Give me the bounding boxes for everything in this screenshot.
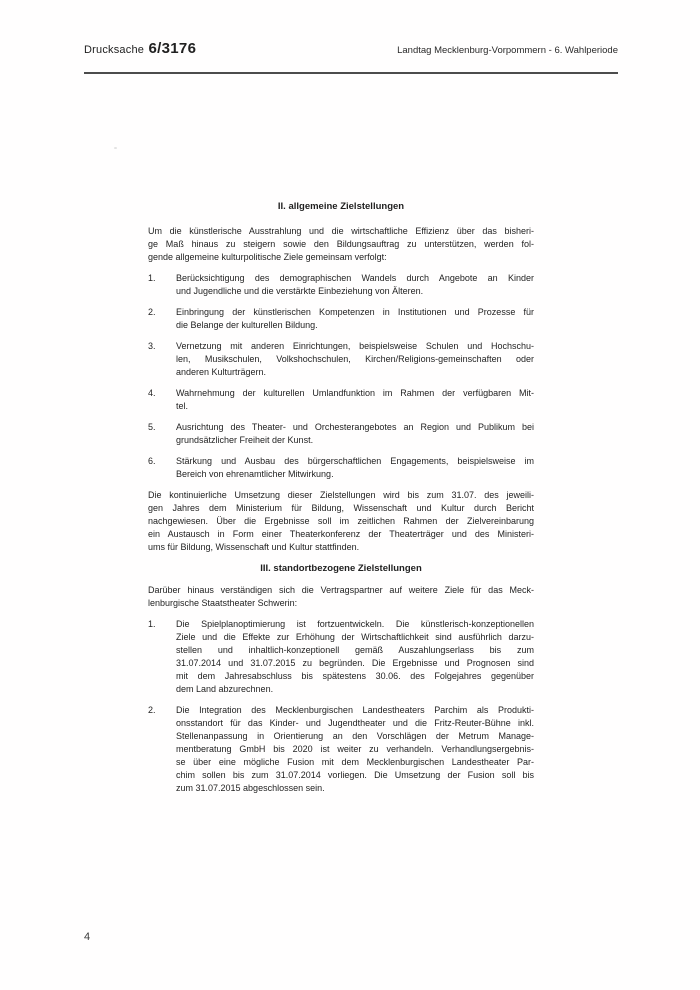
list-item: 6. Stärkung und Ausbau des bürgerschaftl… — [148, 455, 534, 481]
text-line: gen Jahres dem Ministerium für Bildung, … — [148, 502, 534, 515]
text-line: lenburgische Staatstheater Schwerin: — [148, 597, 534, 610]
text-line: Stellenanpassung in Orientierung an den … — [176, 730, 534, 743]
text-line: se über eine mögliche Fusion mit dem Mec… — [176, 756, 534, 769]
doc-label: Drucksache — [84, 44, 144, 56]
item-number: 1. — [148, 618, 168, 631]
item-number: 2. — [148, 306, 168, 319]
text-line: dem Land abzurechnen. — [176, 683, 534, 696]
item-number: 3. — [148, 340, 168, 353]
paragraph-outro-2: Die kontinuierliche Umsetzung dieser Zie… — [148, 489, 534, 554]
text-line: ums für Bildung, Wissenschaft und Kultur… — [148, 541, 534, 554]
text-line: Einbringung der künstlerischen Kompetenz… — [176, 306, 534, 319]
text-line: Um die künstlerische Ausstrahlung und di… — [148, 225, 534, 238]
text-line: grundsätzlicher Freiheit der Kunst. — [176, 434, 534, 447]
item-text: Die Spielplanoptimierung ist fortzuentwi… — [176, 618, 534, 696]
item-text: Einbringung der künstlerischen Kompetenz… — [176, 306, 534, 332]
item-text: Die Integration des Mecklenburgischen La… — [176, 704, 534, 795]
list-item: 2. Einbringung der künstlerischen Kompet… — [148, 306, 534, 332]
item-number: 1. — [148, 272, 168, 285]
text-line: stellen und inhaltlich-konzeptionell gem… — [176, 644, 534, 657]
item-text: Stärkung und Ausbau des bürgerschaftlich… — [176, 455, 534, 481]
text-line: Die Spielplanoptimierung ist fortzuentwi… — [176, 618, 534, 631]
text-line: ein Austausch in Form einer Theaterkonfe… — [148, 528, 534, 541]
text-line: gende allgemeine kulturpolitische Ziele … — [148, 251, 534, 264]
text-line: Ausrichtung des Theater- und Orchesteran… — [176, 421, 534, 434]
document-page: Drucksache 6/3176 Landtag Mecklenburg-Vo… — [0, 0, 700, 990]
text-line: len, Musikschulen, Volkshochschulen, Kir… — [176, 353, 534, 366]
list-item: 3. Vernetzung mit anderen Einrichtungen,… — [148, 340, 534, 379]
text-line: Berücksichtigung des demographischen Wan… — [176, 272, 534, 285]
text-line: und Jugendliche und die verstärkte Einbe… — [176, 285, 534, 298]
item-text: Vernetzung mit anderen Einrichtungen, be… — [176, 340, 534, 379]
page-header: Drucksache 6/3176 Landtag Mecklenburg-Vo… — [84, 40, 618, 58]
item-number: 5. — [148, 421, 168, 434]
item-text: Berücksichtigung des demographischen Wan… — [176, 272, 534, 298]
header-right-text: Landtag Mecklenburg-Vorpommern - 6. Wahl… — [397, 45, 618, 56]
text-line: onsstandort für das Kinder- und Jugendth… — [176, 717, 534, 730]
text-line: die Belange der kulturellen Bildung. — [176, 319, 534, 332]
text-line: nachgewiesen. Über die Ergebnisse soll i… — [148, 515, 534, 528]
item-text: Ausrichtung des Theater- und Orchesteran… — [176, 421, 534, 447]
list-item: 1. Berücksichtigung des demographischen … — [148, 272, 534, 298]
text-line: Darüber hinaus verständigen sich die Ver… — [148, 584, 534, 597]
item-number: 6. — [148, 455, 168, 468]
list-item: 5. Ausrichtung des Theater- und Orcheste… — [148, 421, 534, 447]
item-number: 2. — [148, 704, 168, 717]
section-heading-3: III. standortbezogene Zielstellungen — [148, 562, 534, 575]
text-line: ge Maß hinaus zu steigern sowie den Bild… — [148, 238, 534, 251]
text-line: Die Integration des Mecklenburgischen La… — [176, 704, 534, 717]
page-number: 4 — [84, 931, 90, 943]
list-item: 4. Wahrnehmung der kulturellen Umlandfun… — [148, 387, 534, 413]
item-number: 4. — [148, 387, 168, 400]
scan-artifact — [114, 147, 117, 149]
item-text: Wahrnehmung der kulturellen Umlandfunkti… — [176, 387, 534, 413]
text-line: 31.07.2014 und 31.07.2015 zu begründen. … — [176, 657, 534, 670]
list-item: 1. Die Spielplanoptimierung ist fortzuen… — [148, 618, 534, 696]
document-id: Drucksache 6/3176 — [84, 40, 196, 58]
doc-number: 6/3176 — [149, 40, 197, 57]
section-heading-2: II. allgemeine Zielstellungen — [148, 200, 534, 213]
text-line: Stärkung und Ausbau des bürgerschaftlich… — [176, 455, 534, 468]
text-line: mit dem Jahresabschluss bis spätestens 3… — [176, 670, 534, 683]
text-line: Vernetzung mit anderen Einrichtungen, be… — [176, 340, 534, 353]
header-rule — [84, 72, 618, 74]
text-line: Wahrnehmung der kulturellen Umlandfunkti… — [176, 387, 534, 400]
paragraph-intro-3: Darüber hinaus verständigen sich die Ver… — [148, 584, 534, 610]
text-line: chim sollen bis zum 31.07.2014 vorliegen… — [176, 769, 534, 782]
text-line: mentberatung GmbH bis 2020 ist weiter zu… — [176, 743, 534, 756]
list-item: 2. Die Integration des Mecklenburgischen… — [148, 704, 534, 795]
text-line: zum 31.07.2015 abgeschlossen sein. — [176, 782, 534, 795]
text-line: Die kontinuierliche Umsetzung dieser Zie… — [148, 489, 534, 502]
text-line: tel. — [176, 400, 534, 413]
text-line: Ziele und die Effekte zur Erhöhung der W… — [176, 631, 534, 644]
paragraph-intro-2: Um die künstlerische Ausstrahlung und di… — [148, 225, 534, 264]
text-line: anderen Kulturträgern. — [176, 366, 534, 379]
text-line: Bereich von ehrenamtlicher Mitwirkung. — [176, 468, 534, 481]
document-body: II. allgemeine Zielstellungen Um die kün… — [148, 200, 534, 803]
